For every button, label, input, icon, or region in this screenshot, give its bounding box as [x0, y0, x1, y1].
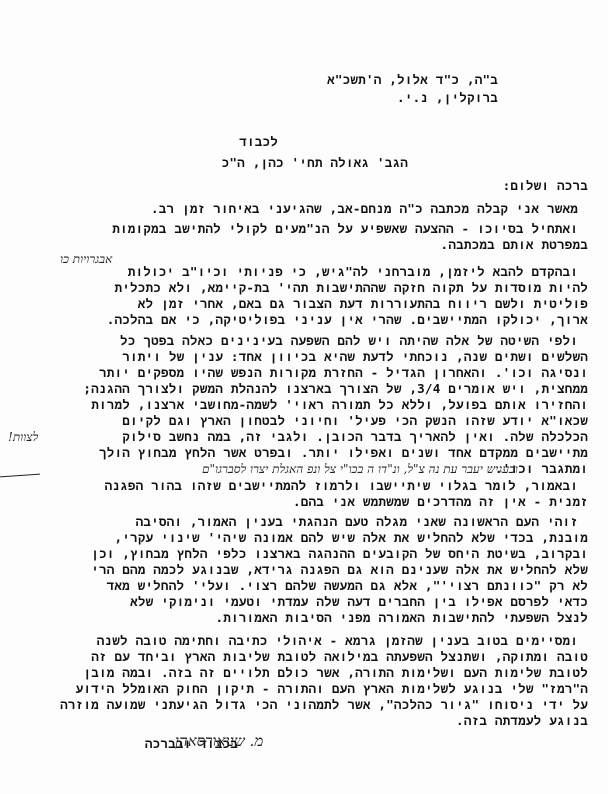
paragraph-line: ומסיימים בטוב בענין שהזמן גרמא - איהולי …: [18, 633, 578, 649]
paragraph-line: ובאמור, לומר בגלוי שיתיישבו ולרמוז להמתי…: [18, 478, 578, 494]
addressee-honorific: לכבוד: [18, 134, 278, 150]
paragraph-line: ארוך, יכולקו המתיישבים. שהרי אין עניני ב…: [18, 312, 588, 328]
paragraph-line: בנוגע לעמדתה בזה.: [18, 713, 588, 729]
letter-page: ב"ה, כ"ד אלול, ה'תשכ"א ברוקלין, נ.י. לכב…: [0, 0, 608, 794]
paragraph-line: לנצל השפעתי להתישבות האמורה מפני הסיבות …: [18, 610, 588, 626]
letter-date: ב"ה, כ"ד אלול, ה'תשכ"א: [18, 72, 498, 88]
paragraph-line: על ידי ניסוחו "גיור כהלכה", אשר לתמהוני …: [18, 697, 588, 713]
paragraph-line: הכלכלה שלה. ואין להאריך בדבר הכובן. ולגב…: [18, 429, 588, 445]
paragraph-line: מתיישבים ממקדם אחד ושנים ואפילו יותר. וב…: [18, 445, 588, 461]
paragraph-line: כדאי לפרסם אפילו בין החברים דעה שלה עמדת…: [18, 594, 588, 610]
paragraph-line: להיות מוסדות על תקוה חזקה שההתישבות תהי'…: [18, 280, 588, 296]
paragraph-line: ממחצית, ויש אומרים 3/4, של הצורך בארצנו …: [18, 381, 588, 397]
paragraph-line: פוליטית ולשם ריווח בהתעוררות דעת הצבור ג…: [18, 296, 588, 312]
handwritten-margin-exclaim: לצוות!: [8, 430, 38, 445]
paragraph-line: והחזירו אותם בפועל, וללא כל תמורה ראוי' …: [18, 397, 588, 413]
paragraph-line: ובקרוב, בשיטת היחס של הקובעים ההנהגה באר…: [18, 546, 588, 562]
greeting: ברכה ושלום:: [18, 178, 588, 194]
handwritten-insert: וכעגיש יעבר עת נה צ"ל, ונ"דו ה בכו"י צל …: [202, 462, 518, 477]
letter-place: ברוקלין, נ.י.: [18, 90, 498, 106]
paragraph-line: לטובת שלימות העם ושלימות התורה, אשר כולם…: [18, 665, 588, 681]
paragraph-line: השלשים ושתים שנה, נוכחתי לדעת שהיא בכיוו…: [18, 349, 588, 365]
paragraph-line: זמנית - אין זה מהדרכים שמשתמש אני בהם.: [18, 494, 588, 510]
paragraph-line: שלא להחליש את אלה שענינם הוא גם הפגנה גר…: [18, 562, 588, 578]
paragraph-line: ובהקדם להבא ליזמן, מוברחני לה"גיש, כי פנ…: [18, 264, 578, 280]
paragraph-line: טובה ומתוקה, ושתנצל השפעתה במילואה לטובת…: [18, 649, 588, 665]
paragraph-line: מובנת, בכדי שלא להחליש את אלה שיש להם אמ…: [18, 530, 588, 546]
signature: מ. שניאורסאהן: [175, 732, 263, 751]
handwritten-stroke: [0, 474, 40, 478]
paragraph-line: זוהי העם הראשונה שאני מגלה טעם הנהגתי בע…: [18, 514, 578, 530]
paragraph-line: שכאו"א יודע שזהו הנשק הכי פעיל' וחיוני ל…: [18, 413, 588, 429]
addressee-name: הגב' גאולה תחי' כהן, ה"כ: [18, 155, 408, 171]
paragraph-line: ה"רמז" שלי בנוגע לשלימות הארץ העם והתורה…: [18, 681, 588, 697]
paragraph-line: מאשר אני קבלה מכתבה כ"ה מנחם-אב, שהגיעני…: [18, 201, 578, 217]
paragraph-line: ולפי השיטה של אלה שהיתה ויש להם השפעה בע…: [18, 333, 578, 349]
paragraph-line: במפרטת אותם במכתבה.: [18, 237, 588, 253]
paragraph-line: ונסיגה וכו'. והאחרון הגדיל - החזרת מקורו…: [18, 365, 588, 381]
paragraph-line: ואתחיל בסיוכו - ההצעה שאשפיע על הנ"מעים …: [18, 221, 578, 237]
paragraph-line: לא רק "כוונתם רצוי'", אלא גם המעשה שלהם …: [18, 578, 588, 594]
